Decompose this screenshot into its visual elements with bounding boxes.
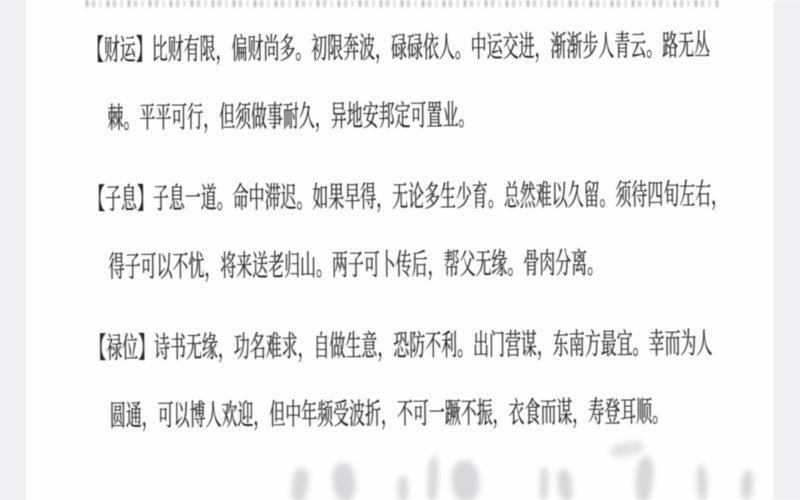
text-line: 得子可以不忧，将来送老归山。两子可卜传后，帮父无缘。骨肉分离。 (1, 227, 800, 301)
paragraph-luwei: 【禄位】诗书无缘，功名难求，自做生意，恐防不利。出门营谋，东南方最宜。幸而为人 … (2, 308, 800, 450)
document-text: 【财运】比财有限，偏财尚多。初限奔波，碌碌依人。中运交进，渐渐步人青云。路无丛 … (0, 10, 800, 463)
watermark-mark (331, 462, 357, 500)
watermark-mark (556, 468, 574, 500)
text-line-content: 【禄位】诗书无缘，功名难求，自做生意，恐防不利。出门营谋，东南方最宜。幸而为人 (90, 309, 713, 382)
watermark-mark (290, 467, 311, 500)
text-line-content: 得子可以不忧，将来送老归山。两子可卜传后，帮父无缘。骨肉分离。 (108, 229, 603, 301)
text-line-content: 圆通，可以博人欢迎，但中年频受波折，不可一蹶不振，衣食而谋，寿登耳顺。 (110, 377, 669, 449)
watermark-mark (696, 465, 708, 500)
text-line-content: 【财运】比财有限，偏财尚多。初限奔波，碌碌依人。中运交进，渐渐步人青云。路无丛 (88, 11, 711, 84)
paragraph-caiyun: 【财运】比财有限，偏财尚多。初限奔波，碌碌依人。中运交进，渐渐步人青云。路无丛 … (0, 10, 800, 152)
watermark-mark (398, 476, 408, 500)
watermark-mark (427, 456, 439, 500)
watermark-mark (451, 460, 481, 500)
text-line: 棘。平平可行，但须做事耐久，异地安邦定可置业。 (0, 78, 800, 152)
watermark-mark (740, 470, 754, 500)
text-line: 【财运】比财有限，偏财尚多。初限奔波，碌碌依人。中运交进，渐渐步人青云。路无丛 (0, 10, 800, 84)
text-line-content: 【子息】子息一道。命中滞迟。如果早得，无论多生少育。总然难以久留。须待四旬左右， (89, 160, 728, 233)
top-clipped-text-line (86, 0, 722, 7)
page-background: 【财运】比财有限，偏财尚多。初限奔波，碌碌依人。中运交进，渐渐步人青云。路无丛 … (0, 0, 800, 500)
text-line-content: 棘。平平可行，但须做事耐久，异地安邦定可置业。 (107, 81, 474, 152)
watermark-mark (539, 467, 548, 500)
watermark-mark (634, 455, 655, 500)
text-line: 圆通，可以博人欢迎，但中年频受波折，不可一蹶不振，衣食而谋，寿登耳顺。 (3, 376, 800, 450)
text-line: 【禄位】诗书无缘，功名难求，自做生意，恐防不利。出门营谋，东南方最宜。幸而为人 (2, 308, 800, 382)
text-line: 【子息】子息一道。命中滞迟。如果早得，无论多生少育。总然难以久留。须待四旬左右， (1, 159, 800, 233)
paragraph-zixi: 【子息】子息一道。命中滞迟。如果早得，无论多生少育。总然难以久留。须待四旬左右，… (1, 159, 800, 301)
